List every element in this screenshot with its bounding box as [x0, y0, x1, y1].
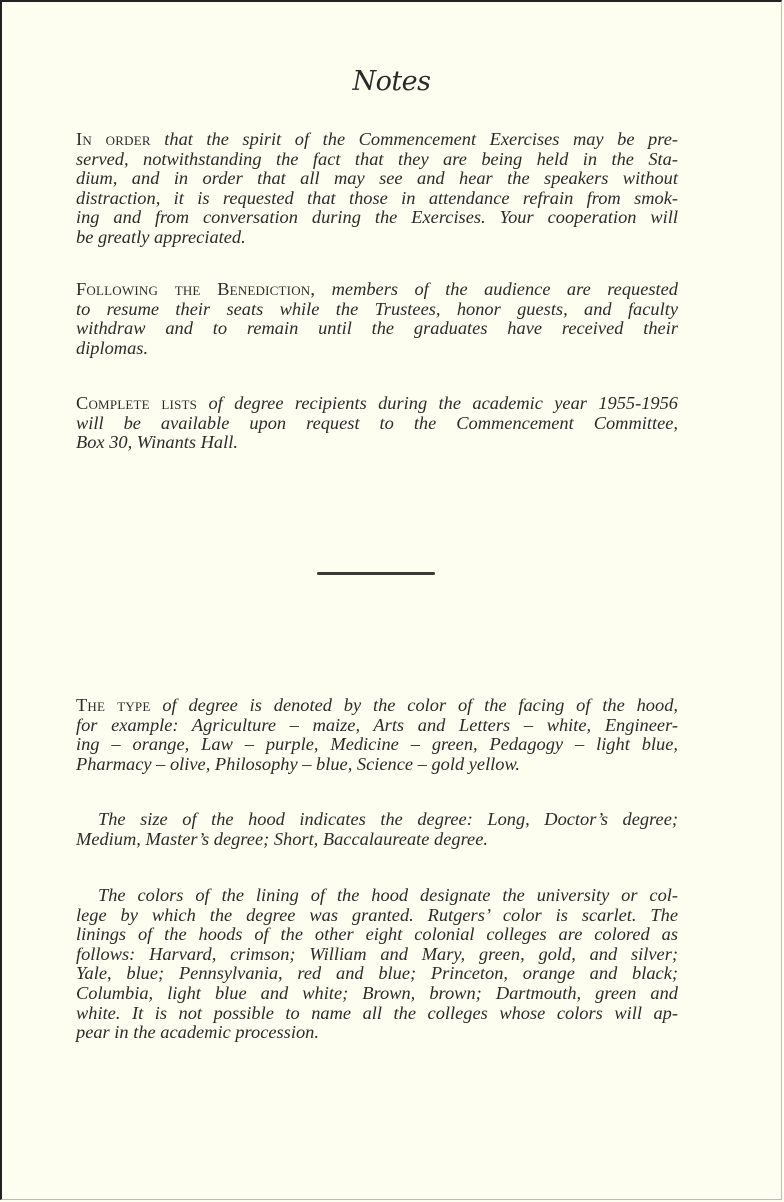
- text-line: ing and from conversation during the Exe…: [76, 208, 678, 228]
- text-line: pear in the academic procession.: [76, 1023, 678, 1043]
- text-line: follows: Harvard, crimson; William and M…: [76, 945, 678, 965]
- note-smoking: In order that the spirit of the Commence…: [76, 130, 678, 248]
- document-page: Notes In order that the spirit of the Co…: [0, 0, 782, 1200]
- page-title: Notes: [2, 66, 781, 97]
- section-divider: [317, 572, 435, 575]
- text-line: will be available upon request to the Co…: [76, 414, 678, 434]
- note-hood-size: The size of the hood indicates the degre…: [76, 810, 678, 849]
- note-benediction: Following the Benediction, members of th…: [76, 280, 678, 358]
- text-line: members of the audience are requested: [315, 279, 678, 299]
- text-line: distraction, it is requested that those …: [76, 189, 678, 209]
- section-lead: Complete lists: [76, 393, 197, 413]
- section-lead: In order: [76, 129, 151, 149]
- text-line: The colors of the lining of the hood des…: [76, 886, 678, 906]
- text-line: that the spirit of the Commencement Exer…: [151, 129, 678, 149]
- section-lead: The type: [76, 695, 151, 715]
- text-line: served, notwithstanding the fact that th…: [76, 150, 678, 170]
- text-line: The size of the hood indicates the degre…: [76, 810, 678, 830]
- text-line: ing – orange, Law – purple, Medicine – g…: [76, 735, 678, 755]
- text-line: Yale, blue; Pennsylvania, red and blue; …: [76, 964, 678, 984]
- note-hood-lining: The colors of the lining of the hood des…: [76, 886, 678, 1043]
- note-degree-lists: Complete lists of degree recipients duri…: [76, 394, 678, 453]
- text-line: be greatly appreciated.: [76, 228, 678, 248]
- text-line: Box 30, Winants Hall.: [76, 433, 678, 453]
- text-line: Columbia, light blue and white; Brown, b…: [76, 984, 678, 1004]
- text-line: linings of the hoods of the other eight …: [76, 925, 678, 945]
- text-line: of degree recipients during the academic…: [197, 393, 678, 413]
- text-line: Pharmacy – olive, Philosophy – blue, Sci…: [76, 755, 678, 775]
- section-lead: Following the Benediction,: [76, 279, 315, 299]
- text-line: withdraw and to remain until the graduat…: [76, 319, 678, 339]
- note-degree-type: The type of degree is denoted by the col…: [76, 696, 678, 774]
- text-line: for example: Agriculture – maize, Arts a…: [76, 716, 678, 736]
- text-line: to resume their seats while the Trustees…: [76, 300, 678, 320]
- text-line: diplomas.: [76, 339, 678, 359]
- text-line: lege by which the degree was granted. Ru…: [76, 906, 678, 926]
- text-line: of degree is denoted by the color of the…: [151, 695, 679, 715]
- text-line: Medium, Master’s degree; Short, Baccalau…: [76, 830, 678, 850]
- text-line: white. It is not possible to name all th…: [76, 1004, 678, 1024]
- text-line: dium, and in order that all may see and …: [76, 169, 678, 189]
